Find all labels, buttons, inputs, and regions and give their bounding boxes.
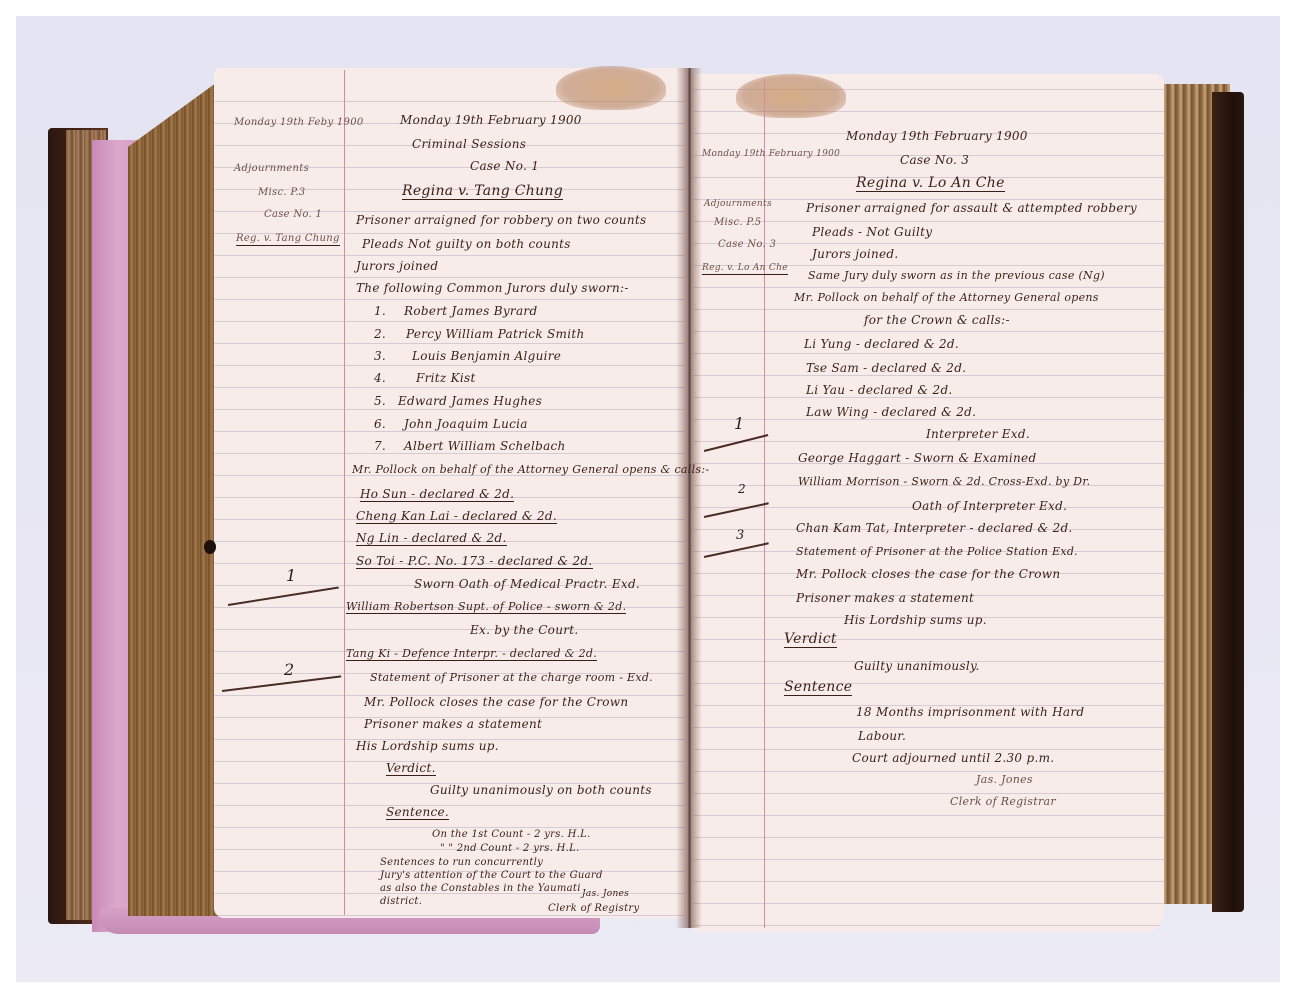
margin-case-no: Case No. 3 — [718, 240, 776, 250]
signature-title: Clerk of Registry — [548, 904, 639, 914]
sentence-line: " " 2nd Count - 2 yrs. H.L. — [440, 844, 580, 854]
witness-line: Law Wing - declared & 2d. — [806, 406, 976, 418]
text-line: His Lordship sums up. — [844, 614, 987, 626]
text-line: Pleads Not guilty on both counts — [362, 238, 571, 250]
text-line: Jurors joined — [356, 260, 438, 272]
juror-number: 2. — [374, 328, 386, 340]
text-line: Interpreter Exd. — [926, 428, 1030, 440]
count-mark-2: 2 — [738, 482, 746, 496]
case-number: Case No. 3 — [900, 154, 969, 166]
sentence-line: Sentences to run concurrently — [380, 858, 543, 868]
text-line: Mr. Pollock closes the case for the Crow… — [364, 696, 628, 708]
margin-ref: Misc. P.3 — [258, 188, 305, 198]
text-line: Mr. Pollock on behalf of the Attorney Ge… — [794, 292, 1099, 303]
text-line: Statement of Prisoner at the Police Stat… — [796, 546, 1078, 557]
juror-name: John Joaquim Lucia — [404, 418, 528, 430]
verdict-label: Verdict. — [386, 762, 436, 776]
text-line: Prisoner arraigned for robbery on two co… — [356, 214, 647, 226]
session-heading: Criminal Sessions — [412, 138, 526, 150]
text-line: Same Jury duly sworn as in the previous … — [808, 270, 1105, 281]
witness-line: William Robertson Supt. of Police - swor… — [346, 601, 626, 614]
margin-case-title: Reg. v. Lo An Che — [702, 264, 788, 275]
signature-title: Clerk of Registrar — [950, 796, 1056, 807]
sentence-line: Court adjourned until 2.30 p.m. — [852, 752, 1054, 764]
juror-name: Albert William Schelbach — [404, 440, 566, 452]
text-line: Pleads - Not Guilty — [812, 226, 932, 238]
text-line: Prisoner arraigned for assault & attempt… — [806, 202, 1137, 214]
count-mark-1: 1 — [286, 566, 296, 585]
juror-name: Percy William Patrick Smith — [406, 328, 585, 340]
sentence-line: Jury's attention of the Court to the Gua… — [380, 871, 603, 881]
sentence-line: district. — [380, 897, 422, 907]
entry-date: Monday 19th February 1900 — [400, 114, 582, 126]
margin-case-no: Case No. 1 — [264, 210, 322, 220]
witness-line: Ho Sun - declared & 2d. — [360, 488, 514, 502]
juror-name: Fritz Kist — [416, 372, 476, 384]
count-mark-1: 1 — [734, 414, 744, 433]
case-title: Regina v. Tang Chung — [402, 184, 563, 200]
text-line: Mr. Pollock closes the case for the Crow… — [796, 568, 1060, 580]
margin-date: Monday 19th Feby 1900 — [234, 118, 364, 128]
juror-number: 6. — [374, 418, 386, 430]
book-gutter — [676, 68, 702, 928]
margin-date: Monday 19th February 1900 — [702, 150, 840, 159]
witness-line: George Haggart - Sworn & Examined — [798, 452, 1036, 464]
signature-name: Jas. Jones — [582, 890, 629, 899]
witness-line: Cheng Kan Lai - declared & 2d. — [356, 510, 557, 524]
witness-line: Li Yung - declared & 2d. — [804, 338, 959, 350]
water-stain-left — [556, 66, 666, 110]
text-line: Prisoner makes a statement — [796, 592, 974, 604]
sentence-line: 18 Months imprisonment with Hard — [856, 706, 1084, 718]
text-line: Mr. Pollock on behalf of the Attorney Ge… — [352, 464, 709, 475]
verdict-label: Verdict — [784, 632, 837, 648]
text-line: His Lordship sums up. — [356, 740, 499, 752]
witness-line: Tang Ki - Defence Interpr. - declared & … — [346, 648, 597, 661]
witness-line: William Morrison - Sworn & 2d. Cross-Exd… — [798, 476, 1090, 487]
signature-name: Jas. Jones — [976, 774, 1033, 785]
margin-ref: Misc. P.5 — [714, 218, 761, 228]
juror-number: 4. — [374, 372, 386, 384]
count-mark-3: 3 — [736, 528, 744, 543]
margin-label: Adjournments — [234, 164, 309, 174]
witness-line: Ng Lin - declared & 2d. — [356, 532, 507, 546]
juror-number: 1. — [374, 305, 386, 317]
sentence-label: Sentence — [784, 680, 852, 696]
text-line: The following Common Jurors duly sworn:- — [356, 282, 629, 294]
left-margin-rule — [344, 70, 345, 915]
case-number: Case No. 1 — [470, 160, 539, 172]
text-line: Ex. by the Court. — [470, 624, 579, 636]
sentence-line: Labour. — [858, 730, 906, 742]
text-line: for the Crown & calls:- — [864, 314, 1010, 326]
juror-number: 3. — [374, 350, 386, 362]
juror-name: Louis Benjamin Alguire — [412, 350, 561, 362]
juror-name: Robert James Byrard — [404, 305, 537, 317]
water-stain-right — [736, 74, 846, 118]
text-line: Jurors joined. — [812, 248, 899, 260]
margin-label: Adjournments — [704, 200, 772, 209]
text-line: Prisoner makes a statement — [364, 718, 542, 730]
witness-line: Tse Sam - declared & 2d. — [806, 362, 966, 374]
book-back-cover-right — [1212, 92, 1244, 912]
text-line: Sworn Oath of Medical Practr. Exd. — [414, 578, 640, 590]
case-title: Regina v. Lo An Che — [856, 176, 1005, 192]
count-mark-2: 2 — [284, 660, 294, 679]
left-page-block-edge — [128, 80, 220, 916]
sentence-line: as also the Constables in the Yaumati — [380, 884, 581, 894]
entry-date: Monday 19th February 1900 — [846, 130, 1028, 142]
witness-line: So Toi - P.C. No. 173 - declared & 2d. — [356, 555, 593, 569]
margin-case-title: Reg. v. Tang Chung — [236, 234, 340, 246]
text-line: Statement of Prisoner at the charge room… — [370, 672, 653, 683]
sentence-line: On the 1st Count - 2 yrs. H.L. — [432, 830, 591, 840]
sentence-label: Sentence. — [386, 806, 449, 820]
witness-line: Chan Kam Tat, Interpreter - declared & 2… — [796, 522, 1073, 534]
ink-blot — [204, 540, 216, 554]
verdict-text: Guilty unanimously. — [854, 660, 980, 672]
witness-line: Li Yau - declared & 2d. — [806, 384, 953, 396]
verdict-text: Guilty unanimously on both counts — [430, 784, 652, 796]
juror-name: Edward James Hughes — [398, 395, 542, 407]
text-line: Oath of Interpreter Exd. — [912, 500, 1067, 512]
juror-number: 5. — [374, 395, 386, 407]
juror-number: 7. — [374, 440, 386, 452]
